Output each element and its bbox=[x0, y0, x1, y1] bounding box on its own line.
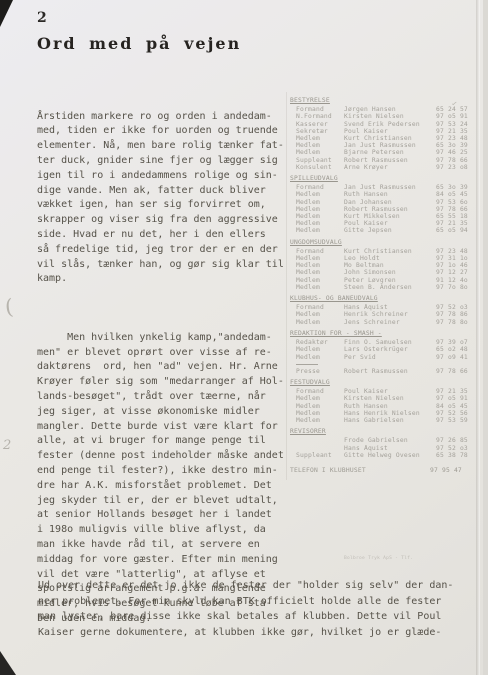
member-row: Hans Åquist 97 52 o3 bbox=[290, 445, 482, 452]
member-row: Medlem Leo Holdt 97 31 1o bbox=[290, 255, 482, 262]
member-role: Medlem bbox=[290, 319, 344, 326]
member-name: Peter Løvgren bbox=[344, 277, 436, 284]
member-phone: 97 53 6o bbox=[436, 199, 468, 206]
member-name: Kurt Christiansen bbox=[344, 248, 436, 255]
member-role: Medlem bbox=[290, 346, 344, 353]
member-name: Robert Rasmussen bbox=[344, 368, 436, 375]
member-phone: 97 12 27 bbox=[436, 269, 468, 276]
clubhouse-phone-label: TELEFON I KLUBHUSET bbox=[290, 467, 430, 474]
member-phone: 97 46 25 bbox=[436, 149, 468, 156]
member-row: Medlem Henrik Schreiner 97 78 86 bbox=[290, 311, 482, 318]
member-role: Sekretær bbox=[290, 128, 344, 135]
member-row: Medlem Mo Beltman 97 1o 46 bbox=[290, 262, 482, 269]
member-role bbox=[290, 437, 344, 444]
member-name: Steen B. Andersen bbox=[344, 284, 436, 291]
section-rows: Formand Jan Just Rasmussen 65 3o 39 Medl… bbox=[290, 184, 482, 234]
member-role: Medlem bbox=[290, 311, 344, 318]
member-name: Finn O. Samuelsen bbox=[344, 339, 436, 346]
member-phone: 97 52 56 bbox=[436, 410, 468, 417]
member-name: Robert Rasmussen bbox=[344, 206, 436, 213]
member-role: Medlem bbox=[290, 199, 344, 206]
member-role: Medlem bbox=[290, 410, 344, 417]
section-heading: UNGDOMSUDVALG bbox=[290, 239, 482, 246]
scan-corner-artifact-bottom-left bbox=[0, 651, 16, 675]
member-row: Medlem Hans Henrik Nielsen 97 52 56 bbox=[290, 410, 482, 417]
member-phone: 65 38 78 bbox=[436, 452, 468, 459]
clubhouse-phone-number: 97 95 47 bbox=[430, 467, 462, 474]
member-name: Hans Gabrielsen bbox=[344, 417, 436, 424]
member-name: Hans Åquist bbox=[344, 304, 436, 311]
member-row: Frode Gabrielsen 97 26 85 bbox=[290, 437, 482, 444]
member-name: Bjarne Petersen bbox=[344, 149, 436, 156]
member-phone: 65 24 57 bbox=[436, 106, 468, 113]
section-heading: SPILLEUDVALG bbox=[290, 175, 482, 182]
member-name: Poul Kaiser bbox=[344, 388, 436, 395]
member-name: Poul Kaiser bbox=[344, 220, 436, 227]
member-name: Svend Erik Pedersen bbox=[344, 121, 436, 128]
member-role: Kasserer bbox=[290, 121, 344, 128]
article-paragraph-1: Årstiden markere ro og orden i andedam- … bbox=[37, 110, 289, 288]
member-name: Lars Osterkrüger bbox=[344, 346, 436, 353]
member-name: Mo Beltman bbox=[344, 262, 436, 269]
member-phone: 84 o5 45 bbox=[436, 403, 468, 410]
member-role: Medlem bbox=[290, 284, 344, 291]
member-name: Ruth Hansen bbox=[344, 191, 436, 198]
member-phone: 97 26 85 bbox=[436, 437, 468, 444]
scanned-newsletter-page: ( 2 ✓ 2 Ord med på vejen Årstiden marker… bbox=[0, 0, 488, 675]
member-phone: 97 78 8o bbox=[436, 319, 468, 326]
directory-section-presse: Presse Robert Rasmussen 97 78 66 bbox=[290, 368, 482, 375]
member-row: Formand Kurt Christiansen 97 23 48 bbox=[290, 248, 482, 255]
member-name: Gitte Helweg Ovesen bbox=[344, 452, 436, 459]
member-role: Medlem bbox=[290, 403, 344, 410]
member-phone: 65 55 18 bbox=[436, 213, 468, 220]
member-name: Henrik Schreiner bbox=[344, 311, 436, 318]
member-role: Medlem bbox=[290, 149, 344, 156]
scan-corner-artifact-top-left bbox=[0, 0, 13, 27]
member-row: Konsulent Arne Krøyer 97 23 o8 bbox=[290, 164, 482, 171]
page-number: 2 bbox=[37, 10, 47, 26]
pencil-mark-paren: ( bbox=[4, 295, 15, 320]
member-phone: 97 1o 46 bbox=[436, 262, 468, 269]
member-phone: 65 o2 48 bbox=[436, 346, 468, 353]
member-name: Jørgen Hansen bbox=[344, 106, 436, 113]
member-row: Redaktør Finn O. Samuelsen 97 39 o7 bbox=[290, 339, 482, 346]
section-heading: BESTYRELSE bbox=[290, 97, 482, 104]
member-phone: 97 52 o3 bbox=[436, 304, 468, 311]
section-heading: FESTUDVALG bbox=[290, 379, 482, 386]
member-row: Medlem Peter Løvgren 91 12 4o bbox=[290, 277, 482, 284]
member-name: Hans Åquist bbox=[344, 445, 436, 452]
section-rows: Redaktør Finn O. Samuelsen 97 39 o7 Medl… bbox=[290, 339, 482, 361]
member-row: Formand Jørgen Hansen 65 24 57 bbox=[290, 106, 482, 113]
section-rows: Presse Robert Rasmussen 97 78 66 bbox=[290, 368, 482, 375]
directory-section-klubhus-baneudvalg: KLUBHUS- OG BANEUDVALG Formand Hans Åqui… bbox=[290, 295, 482, 326]
section-rows: Formand Hans Åquist 97 52 o3 Medlem Henr… bbox=[290, 304, 482, 326]
member-phone: 97 7o 8o bbox=[436, 284, 468, 291]
member-row: Formand Hans Åquist 97 52 o3 bbox=[290, 304, 482, 311]
member-phone: 97 23 48 bbox=[436, 135, 468, 142]
member-row: Suppleant Gitte Helweg Ovesen 65 38 78 bbox=[290, 452, 482, 459]
member-phone: 97 52 o3 bbox=[436, 445, 468, 452]
article-title: Ord med på vejen bbox=[37, 34, 241, 53]
section-heading: KLUBHUS- OG BANEUDVALG bbox=[290, 295, 482, 302]
member-name: Ruth Hansen bbox=[344, 403, 436, 410]
member-row: Sekretær Poul Kaiser 97 21 35 bbox=[290, 128, 482, 135]
member-role: Medlem bbox=[290, 220, 344, 227]
member-phone: 84 o5 45 bbox=[436, 191, 468, 198]
member-row: Formand Poul Kaiser 97 21 35 bbox=[290, 388, 482, 395]
section-rows: Formand Poul Kaiser 97 21 35 Medlem Kirs… bbox=[290, 388, 482, 424]
member-name: Leo Holdt bbox=[344, 255, 436, 262]
member-name: Jan Just Rasmussen bbox=[344, 184, 436, 191]
member-row: Kasserer Svend Erik Pedersen 97 53 24 bbox=[290, 121, 482, 128]
member-row: Medlem Bjarne Petersen 97 46 25 bbox=[290, 149, 482, 156]
pencil-mark-two: 2 bbox=[3, 438, 11, 453]
member-name: Kirsten Nielsen bbox=[344, 113, 436, 120]
section-rows: Formand Jørgen Hansen 65 24 57 N.Formand… bbox=[290, 106, 482, 171]
section-heading: REDAKTION FOR - SMASH - bbox=[290, 330, 482, 337]
member-name: Arne Krøyer bbox=[344, 164, 436, 171]
directory-section-spilleudvalg: SPILLEUDVALG Formand Jan Just Rasmussen … bbox=[290, 175, 482, 235]
directory-section-ungdomsudvalg: UNGDOMSUDVALG Formand Kurt Christiansen … bbox=[290, 239, 482, 291]
member-phone: 97 o5 91 bbox=[436, 113, 468, 120]
member-role: Presse bbox=[290, 368, 344, 375]
member-phone: 97 78 86 bbox=[436, 311, 468, 318]
member-role: Medlem bbox=[290, 277, 344, 284]
member-phone: 97 21 35 bbox=[436, 128, 468, 135]
member-role: Formand bbox=[290, 388, 344, 395]
member-name: Per Svid bbox=[344, 354, 436, 361]
member-name: Kurt Mikkelsen bbox=[344, 213, 436, 220]
member-name: John Simonsen bbox=[344, 269, 436, 276]
member-row: Medlem Ruth Hansen 84 o5 45 bbox=[290, 191, 482, 198]
section-rows: Formand Kurt Christiansen 97 23 48 Medle… bbox=[290, 248, 482, 291]
member-row: Medlem John Simonsen 97 12 27 bbox=[290, 269, 482, 276]
member-row: Medlem Ruth Hansen 84 o5 45 bbox=[290, 403, 482, 410]
clubhouse-phone-row: TELEFON I KLUBHUSET 97 95 47 bbox=[290, 467, 482, 474]
member-row: Medlem Kurt Christiansen 97 23 48 bbox=[290, 135, 482, 142]
member-row: Medlem Robert Rasmussen 97 78 66 bbox=[290, 206, 482, 213]
member-role: Konsulent bbox=[290, 164, 344, 171]
member-role: Medlem bbox=[290, 354, 344, 361]
member-row: Medlem Steen B. Andersen 97 7o 8o bbox=[290, 284, 482, 291]
member-phone: 65 o5 94 bbox=[436, 227, 468, 234]
member-role: Medlem bbox=[290, 206, 344, 213]
member-name: Dan Johansen bbox=[344, 199, 436, 206]
member-row: Presse Robert Rasmussen 97 78 66 bbox=[290, 368, 482, 375]
member-phone: 97 21 35 bbox=[436, 388, 468, 395]
member-row: Medlem Kurt Mikkelsen 65 55 18 bbox=[290, 213, 482, 220]
member-role: Medlem bbox=[290, 262, 344, 269]
member-name: Kirsten Nielsen bbox=[344, 395, 436, 402]
member-name: Kurt Christiansen bbox=[344, 135, 436, 142]
member-role: Medlem bbox=[290, 142, 344, 149]
member-phone: 97 53 59 bbox=[436, 417, 468, 424]
member-role: Formand bbox=[290, 184, 344, 191]
article-body-column: Årstiden markere ro og orden i andedam- … bbox=[37, 80, 289, 656]
member-role bbox=[290, 445, 344, 452]
member-row: Medlem Jens Schreiner 97 78 8o bbox=[290, 319, 482, 326]
member-role: Medlem bbox=[290, 227, 344, 234]
section-heading: REVISORER bbox=[290, 428, 482, 435]
member-phone: 97 31 1o bbox=[436, 255, 468, 262]
scan-edge-right bbox=[483, 0, 488, 675]
member-name: Robert Rasmussen bbox=[344, 157, 436, 164]
member-name: Frode Gabrielsen bbox=[344, 437, 436, 444]
member-role: Medlem bbox=[290, 255, 344, 262]
member-phone: 97 39 o7 bbox=[436, 339, 468, 346]
member-row: N.Formand Kirsten Nielsen 97 o5 91 bbox=[290, 113, 482, 120]
member-row: Medlem Poul Kaiser 97 21 35 bbox=[290, 220, 482, 227]
member-name: Poul Kaiser bbox=[344, 128, 436, 135]
directory-section-revisorer: REVISORER Frode Gabrielsen 97 26 85 Hans… bbox=[290, 428, 482, 459]
member-phone: 97 o9 41 bbox=[436, 354, 468, 361]
member-name: Jan Just Rasmussen bbox=[344, 142, 436, 149]
member-role: Medlem bbox=[290, 269, 344, 276]
committee-directory: BESTYRELSE Formand Jørgen Hansen 65 24 5… bbox=[290, 97, 482, 474]
member-phone: 97 53 24 bbox=[436, 121, 468, 128]
member-name: Hans Henrik Nielsen bbox=[344, 410, 436, 417]
member-role: Redaktør bbox=[290, 339, 344, 346]
member-row: Suppleant Robert Rasmussen 97 78 66 bbox=[290, 157, 482, 164]
member-phone: 97 78 66 bbox=[436, 157, 468, 164]
member-phone: 91 12 4o bbox=[436, 277, 468, 284]
member-phone: 97 23 o8 bbox=[436, 164, 468, 171]
section-rows: Frode Gabrielsen 97 26 85 Hans Åquist 97… bbox=[290, 437, 482, 459]
member-row: Medlem Hans Gabrielsen 97 53 59 bbox=[290, 417, 482, 424]
member-role: Medlem bbox=[290, 213, 344, 220]
member-row: Formand Jan Just Rasmussen 65 3o 39 bbox=[290, 184, 482, 191]
printer-imprint: Bolbroe Tryk ApS - Tlf. bbox=[344, 556, 413, 561]
member-phone: 65 3o 39 bbox=[436, 184, 468, 191]
member-phone: 97 78 66 bbox=[436, 206, 468, 213]
directory-section-redaktion-smash: REDAKTION FOR - SMASH - Redaktør Finn O.… bbox=[290, 330, 482, 361]
member-role: Medlem bbox=[290, 135, 344, 142]
member-row: Medlem Gitte Jepsen 65 o5 94 bbox=[290, 227, 482, 234]
member-name: Gitte Jepsen bbox=[344, 227, 436, 234]
article-footer-paragraph: Ud over dette er det jo ikke de fester d… bbox=[38, 578, 468, 640]
member-row: Medlem Kirsten Nielsen 97 o5 91 bbox=[290, 395, 482, 402]
member-phone: 65 3o 39 bbox=[436, 142, 468, 149]
member-role: Medlem bbox=[290, 395, 344, 402]
member-name: Jens Schreiner bbox=[344, 319, 436, 326]
member-role: Medlem bbox=[290, 417, 344, 424]
member-row: Medlem Dan Johansen 97 53 6o bbox=[290, 199, 482, 206]
member-row: Medlem Jan Just Rasmussen 65 3o 39 bbox=[290, 142, 482, 149]
member-phone: 97 21 35 bbox=[436, 220, 468, 227]
member-phone: 97 78 66 bbox=[436, 368, 468, 375]
member-role: N.Formand bbox=[290, 113, 344, 120]
member-phone: 97 o5 91 bbox=[436, 395, 468, 402]
member-phone: 97 23 48 bbox=[436, 248, 468, 255]
member-row: Medlem Lars Osterkrüger 65 o2 48 bbox=[290, 346, 482, 353]
member-role: Suppleant bbox=[290, 452, 344, 459]
member-role: Formand bbox=[290, 248, 344, 255]
directory-section-bestyrelse: BESTYRELSE Formand Jørgen Hansen 65 24 5… bbox=[290, 97, 482, 171]
section-divider-line bbox=[296, 364, 318, 365]
member-role: Suppleant bbox=[290, 157, 344, 164]
member-role: Medlem bbox=[290, 191, 344, 198]
directory-section-festudvalg: FESTUDVALG Formand Poul Kaiser 97 21 35 … bbox=[290, 379, 482, 424]
member-role: Formand bbox=[290, 106, 344, 113]
member-role: Formand bbox=[290, 304, 344, 311]
member-row: Medlem Per Svid 97 o9 41 bbox=[290, 354, 482, 361]
